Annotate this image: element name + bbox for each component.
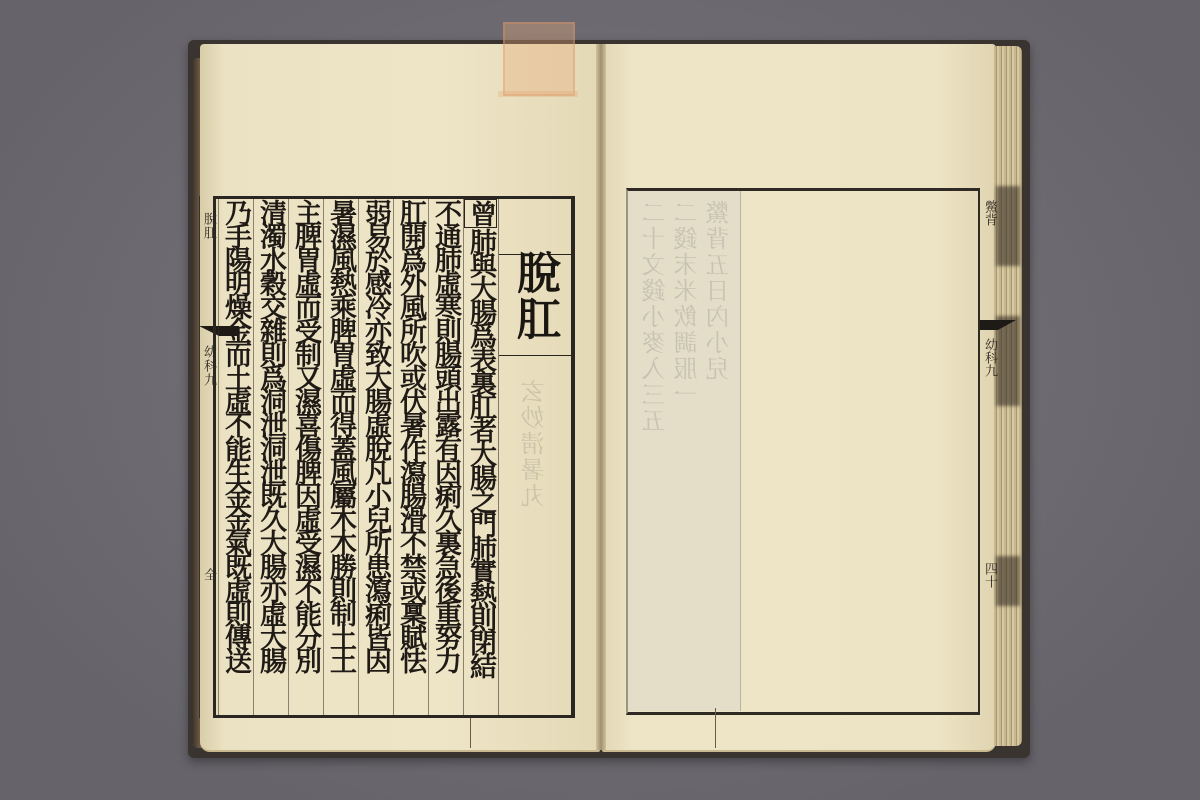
text-column: 肛開爲外風所吹或伏暑作瀉腸滑不禁或稟賦怯 xyxy=(393,199,428,715)
show-through-text: 二錢末米飲調服一 xyxy=(672,200,704,700)
show-through-text: 鱉背五日內小兒 xyxy=(704,200,736,700)
paper-crease xyxy=(715,708,716,748)
text-column: 曾肺與大腸爲表裏肛者大腸之門肺實熱則閉結 xyxy=(463,199,498,715)
banxin-section-title: 鱉背 xyxy=(981,200,999,226)
page-fore-edge xyxy=(994,46,1022,746)
column-text: 肺與大腸爲表裏肛者大腸之門肺實熱則閉結 xyxy=(465,228,496,676)
library-seal-caption xyxy=(498,91,578,97)
body-text-columns: 曾肺與大腸爲表裏肛者大腸之門肺實熱則閉結 不通肺虛寒則腸頭出露有因痢久裏急後重努… xyxy=(218,199,498,715)
show-through-text: 玄妙淸暑丸 xyxy=(519,379,551,699)
text-column: 主脾胃虛而受制又濕喜傷脾因虛受濕不能分別 xyxy=(288,199,323,715)
book-gutter xyxy=(596,44,606,750)
text-column: 不通肺虛寒則腸頭出露有因痢久裏急後重努力 xyxy=(428,199,463,715)
library-seal xyxy=(503,22,575,96)
text-column: 暑濕風熱乘脾胃虛而得蓋風屬木木勝則制土土 xyxy=(323,199,358,715)
text-column: 乃手陽明燥金而土虛不能生金金氣既虛則傳送 xyxy=(218,199,253,715)
fish-tail-mark xyxy=(980,320,1016,330)
text-column: 清濁水穀交雜則爲洞泄洞泄既久大腸亦虛大腸 xyxy=(253,199,288,715)
chapter-title: 脫肛 xyxy=(508,250,560,342)
paper-crease xyxy=(470,718,471,748)
banxin-page-number: 四十 xyxy=(981,562,999,588)
banxin-volume: 幼科九 xyxy=(981,338,999,377)
section-marker: 曾 xyxy=(464,199,497,228)
text-column: 弱易於感冷亦致大腸虛脫凡小兒所患瀉痢皆因 xyxy=(358,199,393,715)
show-through-text: 二十文錢小麥入三五 xyxy=(640,200,672,700)
